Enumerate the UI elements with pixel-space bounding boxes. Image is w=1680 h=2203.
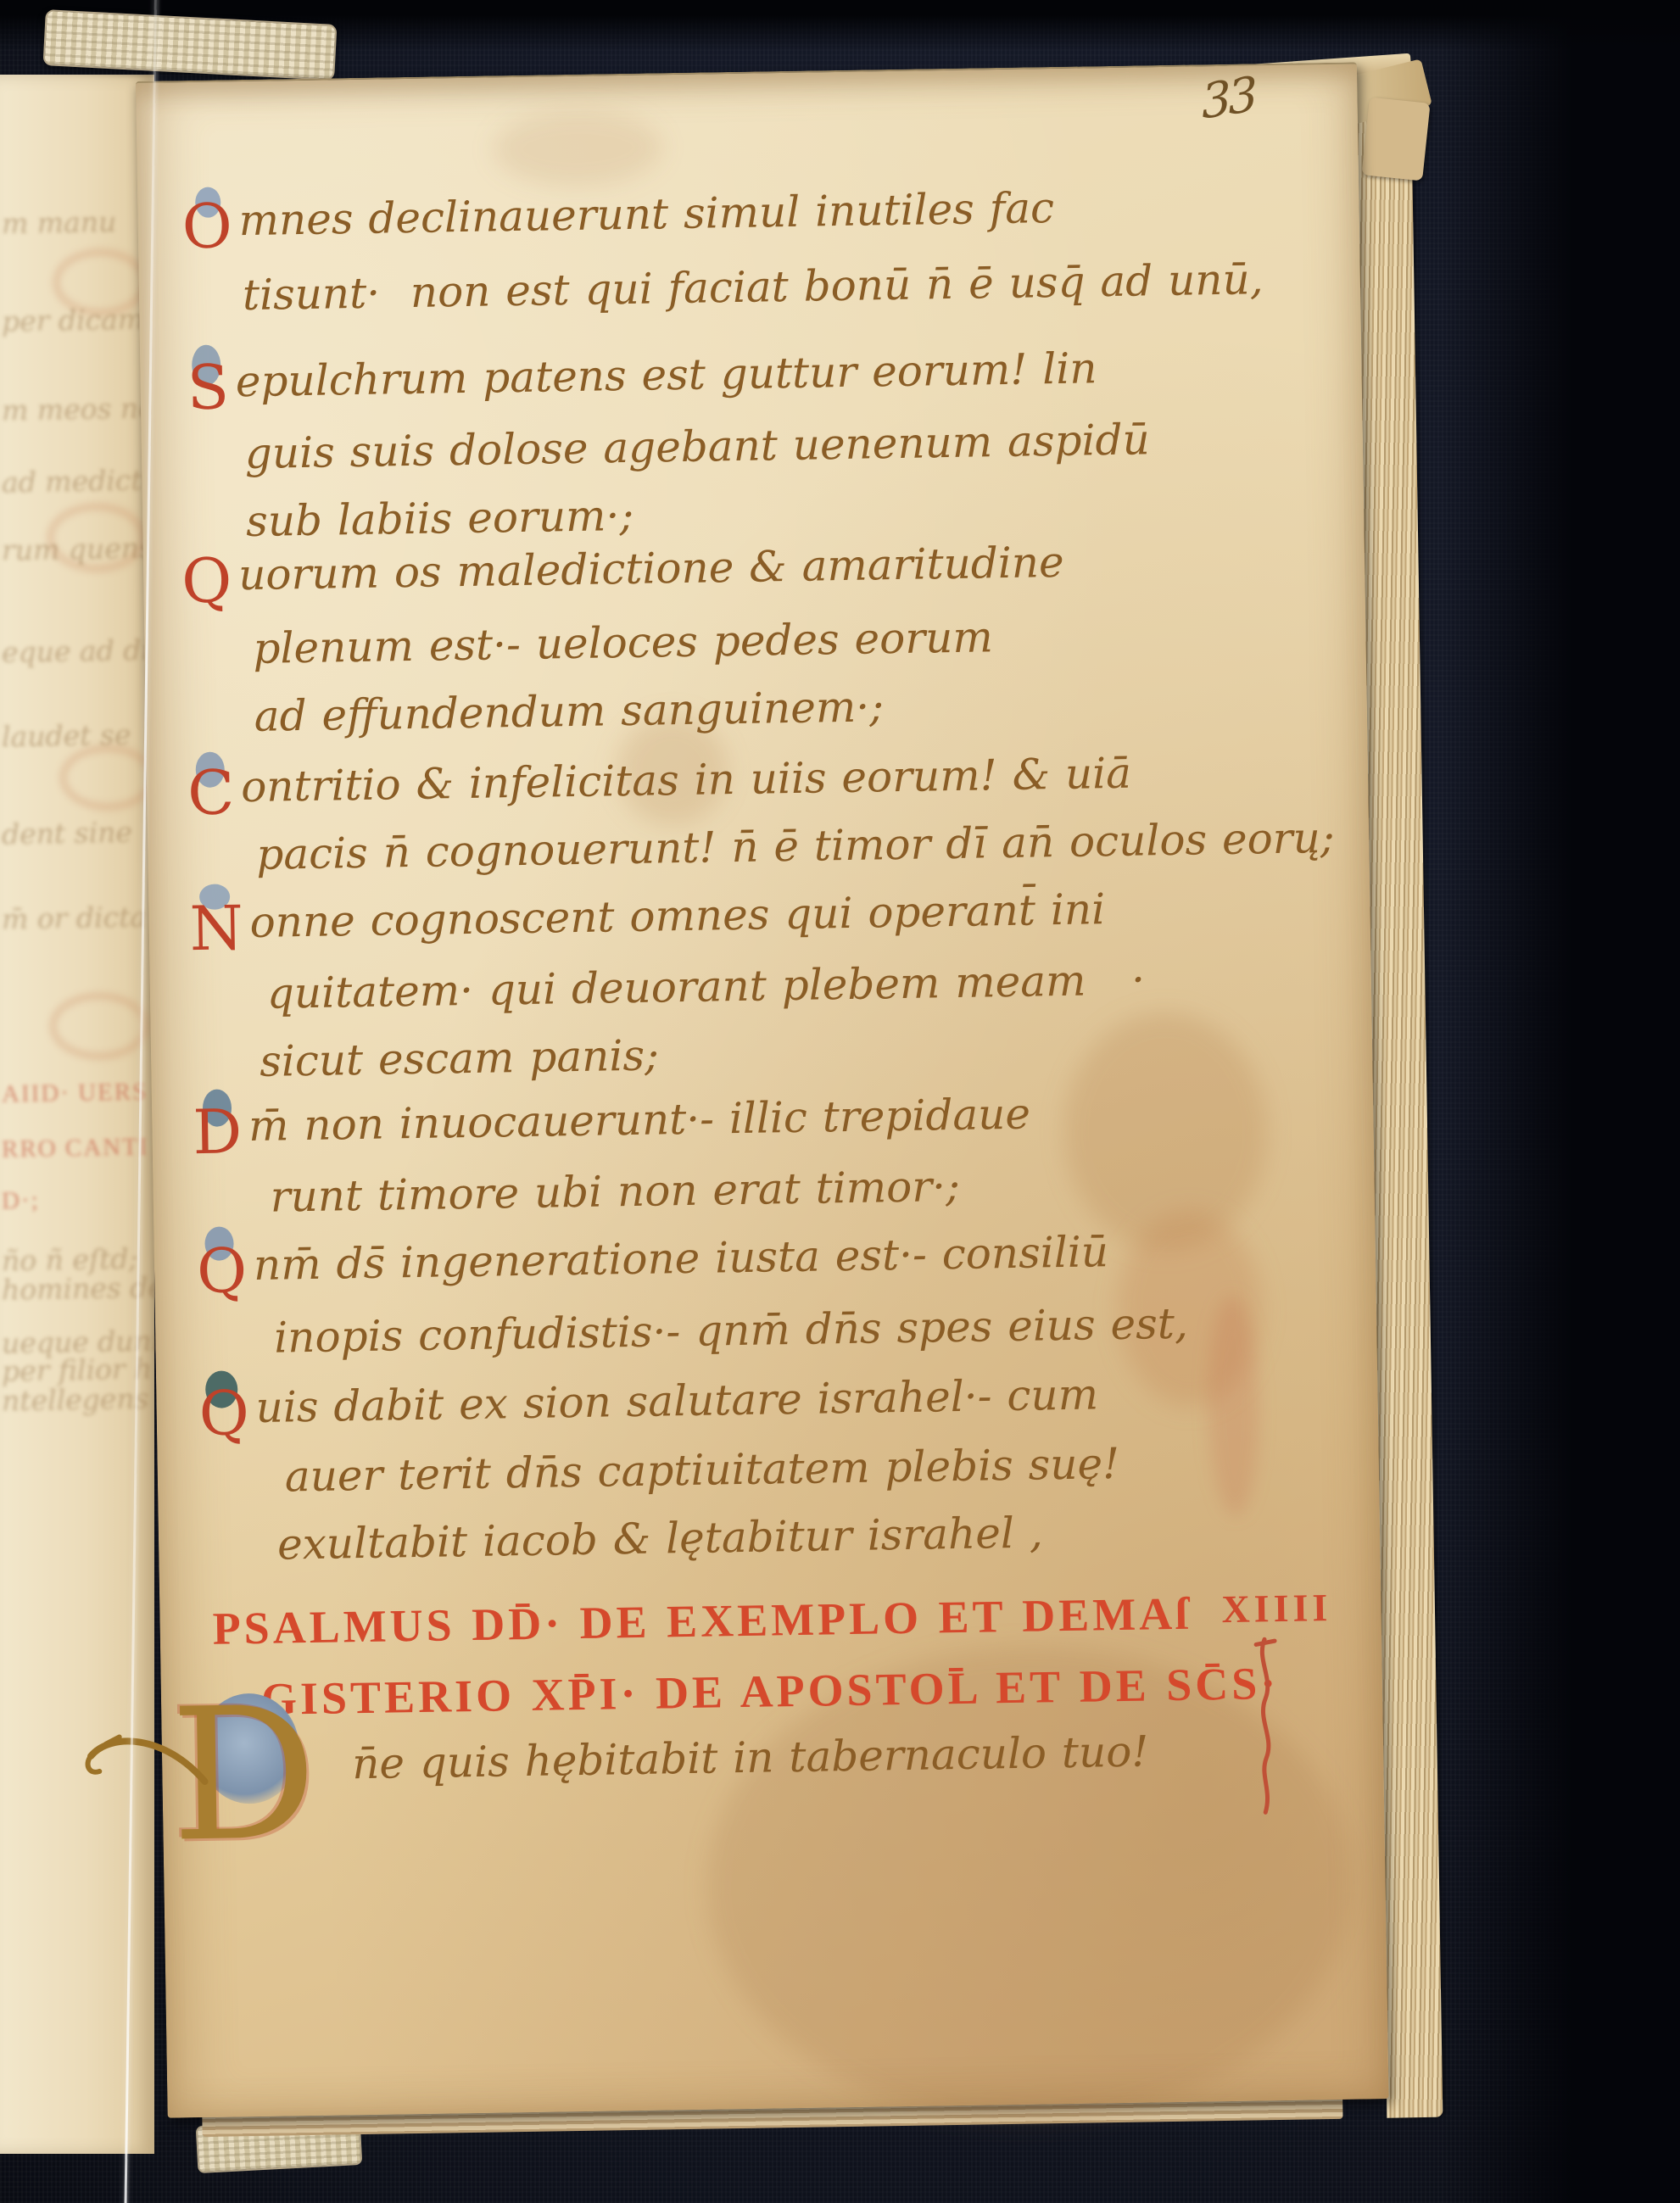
rubric-line: PSALMUS DD̄· DE EXEMPLO ET DEMAſ xyxy=(212,1587,1192,1655)
line-text: auer terit dn̄s captiuitatem plebis suę! xyxy=(284,1439,1119,1501)
left-page-fragment: ad medict xyxy=(2,464,142,499)
left-page-rubric-fragment: RRO CANTI xyxy=(2,1133,149,1163)
line-text: uorum os maledictione & amaritudine xyxy=(238,538,1064,600)
rubric-flourish-icon xyxy=(1253,1636,1281,1822)
line-text: exultabit iacob & lętabitur israhel , xyxy=(277,1508,1043,1569)
left-page-fragment: m manu xyxy=(2,205,117,240)
text-line: auer terit dn̄s captiuitatem plebis suę! xyxy=(284,1439,1119,1501)
text-line: Dm̄ non inuocauerunt·- illic trepidaue xyxy=(193,1090,1030,1152)
line-text: runt timore ubi non erat timor·; xyxy=(270,1162,960,1222)
line-text: sicut escam panis; xyxy=(260,1030,660,1085)
line-text: mnes declinauerunt simul inutiles fac xyxy=(238,183,1054,245)
line-text: ad effundendum sanguinem·; xyxy=(254,682,884,741)
text-line: Contritio & infelicitas in uiis eorum! &… xyxy=(187,749,1132,812)
background-shadow-right xyxy=(1442,0,1680,2203)
left-page-fragment: per dicam; xyxy=(2,302,154,337)
left-page-fragment: m̄ or dicta xyxy=(2,901,148,936)
text-line: plenum est·- ueloces pedes eorum xyxy=(253,612,993,673)
text-line: ad effundendum sanguinem·; xyxy=(254,682,884,741)
text-line: pacis n̄ cognouerunt! n̄ ē timor dī an̄ … xyxy=(256,813,1335,879)
left-page-fragment: m meos ne xyxy=(2,391,155,427)
text-line: Quorum os maledictione & amaritudine xyxy=(181,538,1064,600)
psalm-number-marginal: XIIII xyxy=(1221,1585,1332,1631)
left-page-fragment: rum quens xyxy=(2,531,154,566)
page-corner-stack xyxy=(1361,97,1430,181)
line-text: pacis n̄ cognouerunt! n̄ ē timor dī an̄ … xyxy=(256,813,1335,879)
left-page-fragment: ntellegens xyxy=(2,1381,149,1417)
line-text: quitatem· qui deuorant plebem meam · xyxy=(266,955,1145,1018)
line-text: guis suis dolose agebant uenenum aspidū xyxy=(244,415,1150,478)
line-text: uis dabit ex sion salutare israhel·- cum xyxy=(255,1369,1098,1432)
text-line: Sepulchrum patens est guttur eorum! lin xyxy=(187,343,1097,407)
text-line: exultabit iacob & lętabitur israhel , xyxy=(277,1508,1043,1569)
line-text: m̄ non inuocauerunt·- illic trepidaue xyxy=(248,1090,1031,1151)
showthrough-ring xyxy=(49,992,149,1060)
folio-number: 33 xyxy=(1200,67,1256,131)
verse-initial: C xyxy=(187,792,234,793)
verse-initial: D xyxy=(193,1131,242,1132)
verse-initial: O xyxy=(182,226,232,226)
text-line: inopis confudistis·- qnm̄ dn̄s spes eius… xyxy=(274,1299,1188,1363)
showthrough-ring xyxy=(59,745,156,811)
initial-d-flourish-icon xyxy=(81,1729,209,1807)
line-text: inopis confudistis·- qnm̄ dn̄s spes eius… xyxy=(274,1299,1188,1363)
text-line: sicut escam panis; xyxy=(260,1030,660,1085)
verse-initial: Q xyxy=(199,1413,249,1414)
verse-initial: S xyxy=(187,387,229,388)
parchment-stain xyxy=(493,109,663,187)
parchment-stain xyxy=(1062,1011,1269,1252)
text-line: Omnes declinauerunt simul inutiles fac xyxy=(181,183,1054,246)
verse-initial: Q xyxy=(181,580,232,581)
line-text: ontritio & infelicitas in uiis eorum! & … xyxy=(241,749,1132,811)
manuscript-page: 33 Omnes declinauerunt simul inutiles fa… xyxy=(136,62,1389,2117)
verse-initial: N xyxy=(190,928,243,929)
manuscript-photo-scene: m manu per dicam; m meos ne ad medict ru… xyxy=(0,0,1680,2203)
line-text: PSALMUS DD̄· DE EXEMPLO ET DEMAſ xyxy=(212,1588,1192,1654)
line-text: sub labiis eorum·; xyxy=(246,491,634,546)
left-page-fragment: homines de xyxy=(2,1270,165,1306)
line-text: tisunt· non est qui faciat bonū n̄ ē usq… xyxy=(243,254,1264,320)
line-text: onne cognoscent omnes qui operant̄ ini xyxy=(249,884,1105,947)
text-line: tisunt· non est qui faciat bonū n̄ ē usq… xyxy=(243,254,1264,320)
text-line: guis suis dolose agebant uenenum aspidū xyxy=(244,415,1150,478)
line-text: plenum est·- ueloces pedes eorum xyxy=(253,612,993,673)
text-line: Nonne cognoscent omnes qui operant̄ ini xyxy=(189,884,1105,948)
line-text: epulchrum patens est guttur eorum! lin xyxy=(235,343,1097,406)
text-line: runt timore ubi non erat timor·; xyxy=(270,1162,960,1222)
text-line: Quis dabit ex sion salutare israhel·- cu… xyxy=(198,1369,1098,1433)
text-line: Qnm̄ ds̄ ingeneratione iusta est·- consi… xyxy=(196,1227,1108,1291)
line-text: nm̄ ds̄ ingeneratione iusta est·- consil… xyxy=(254,1227,1109,1290)
verse-initial: Q xyxy=(197,1270,247,1271)
left-page-fragment: dent sine xyxy=(2,816,133,851)
left-page-rubric-fragment: AIID· UERS xyxy=(2,1078,148,1108)
text-line: quitatem· qui deuorant plebem meam · xyxy=(266,955,1145,1018)
left-page-rubric-fragment: D·; xyxy=(2,1187,40,1216)
left-page-fragment: laudet se xyxy=(2,718,131,754)
text-line: sub labiis eorum·; xyxy=(246,491,634,546)
